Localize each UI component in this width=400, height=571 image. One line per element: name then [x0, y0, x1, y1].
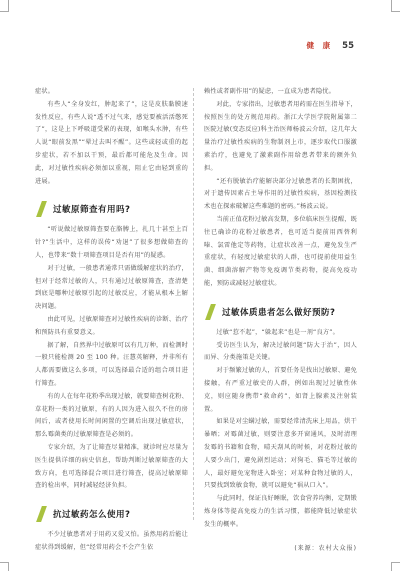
body-paragraph: 对于过敏，一般患者通常只需做缓解症状的治疗，但对于经常过敏的人，只有通过过敏原筛… — [35, 263, 188, 314]
section-heading: 过敏原筛查有用吗? — [35, 201, 188, 217]
section-heading-label: 抗过敏药怎么使用? — [53, 508, 130, 520]
magazine-page: 健 康 55 症状。有些人“全身发红，肿起来了”，这是皮肤黏膜速发性反应，有些人… — [0, 0, 400, 571]
body-paragraph: 对此，专家指出，过敏患者用药需在医生指导下，按照医生的处方规范用药。浙江大学医学… — [204, 99, 357, 176]
body-paragraph: 对于频繁过敏的人，首要任务是找出过敏原、避免接触，有严重过敏史的人群，例如出现过… — [204, 365, 357, 416]
body-paragraph: 过敏“惹不起”，“躲起来”也是一剂“良方”。 — [204, 327, 357, 340]
body-paragraph: “还有脱敏治疗能解决部分过敏患者的长期困扰，对于遗传因素占主导作用的过敏性疾病，… — [204, 176, 357, 214]
page-header: 健 康 55 — [307, 40, 354, 51]
corner-registration-mark-top-left — [0, 0, 9, 12]
corner-registration-mark-top-right — [391, 0, 400, 12]
body-paragraph: 受访医生认为，解决过敏问题“防大于治”，因人而异、分类施策是关键。 — [204, 340, 357, 366]
body-paragraph: 与此同时，保证良好睡眠，饮食营养均衡，定期锻炼身体等提高免疫力的生活习惯，都能降… — [204, 493, 357, 531]
corner-registration-mark-bottom-left — [0, 562, 9, 571]
body-paragraph: 当前正值花粉过敏高发期，多位临床医生提醒，既往已确诊的花粉过敏患者，也可适当提前… — [204, 214, 357, 291]
body-paragraph: 有些人“全身发红，肿起来了”，这是皮肤黏膜速发性反应，有些人说“透不过气来，感觉… — [35, 99, 188, 189]
heading-slash-icon — [36, 201, 47, 217]
section-heading: 抗过敏药怎么使用? — [35, 506, 188, 522]
article-content: 症状。有些人“全身发红，肿起来了”，这是皮肤黏膜速发性反应，有些人说“透不过气来… — [35, 86, 358, 555]
body-paragraph: 症状。 — [35, 86, 188, 99]
body-paragraph: 不少过敏患者对于用药又爱又怕。虽然用药后能让症状得到缓解，但“经常用药会不会产生… — [35, 529, 188, 555]
body-paragraph: 由此可见，过敏原筛查对过敏性疾病的诊断、治疗和预防具有重要意义。 — [35, 314, 188, 340]
body-paragraph: 赖性或者副作用”的疑虑，一直成为患者隐忧。 — [204, 86, 357, 99]
body-paragraph: “听说做过敏原筛查要在胳膊上，扎几十甚至上百针?”生活中，这样的误传“劝退”了很… — [35, 224, 188, 262]
body-paragraph: 如果是对尘螨过敏，需要经常清洗床上用品，烘干暴晒；对霉菌过敏，则要注意多开窗通风… — [204, 416, 357, 493]
heading-slash-icon — [36, 506, 47, 522]
section-heading-label: 过敏原筛查有用吗? — [53, 203, 130, 215]
section-heading: 过敏体质患者怎么做好预防? — [204, 304, 357, 320]
right-column: 赖性或者副作用”的疑虑，一直成为患者隐忧。对此，专家指出，过敏患者用药需在医生指… — [204, 86, 357, 555]
page-number: 55 — [342, 41, 354, 51]
source-credit: (来源：农村大众报) — [204, 543, 357, 552]
body-paragraph: 有的人在每年花粉季出现过敏，就要筛查树花粉、草花粉一类的过敏原，有的人因为进入很… — [35, 391, 188, 442]
magazine-section-label: 健 康 — [307, 40, 334, 51]
section-heading-label: 过敏体质患者怎么做好预防? — [222, 306, 335, 318]
corner-registration-mark-bottom-right — [391, 562, 400, 571]
left-column: 症状。有些人“全身发红，肿起来了”，这是皮肤黏膜速发性反应，有些人说“透不过气来… — [35, 86, 188, 555]
body-paragraph: 据了解，自然界中过敏原可以有几万种，而检测时一般只能检测 20 至 100 种。… — [35, 340, 188, 391]
body-paragraph: 专家介绍，为了让筛查尽量精准，就诊时应尽量为医生提供详细的病史信息，帮助判断过敏… — [35, 442, 188, 493]
heading-slash-icon — [205, 304, 216, 320]
